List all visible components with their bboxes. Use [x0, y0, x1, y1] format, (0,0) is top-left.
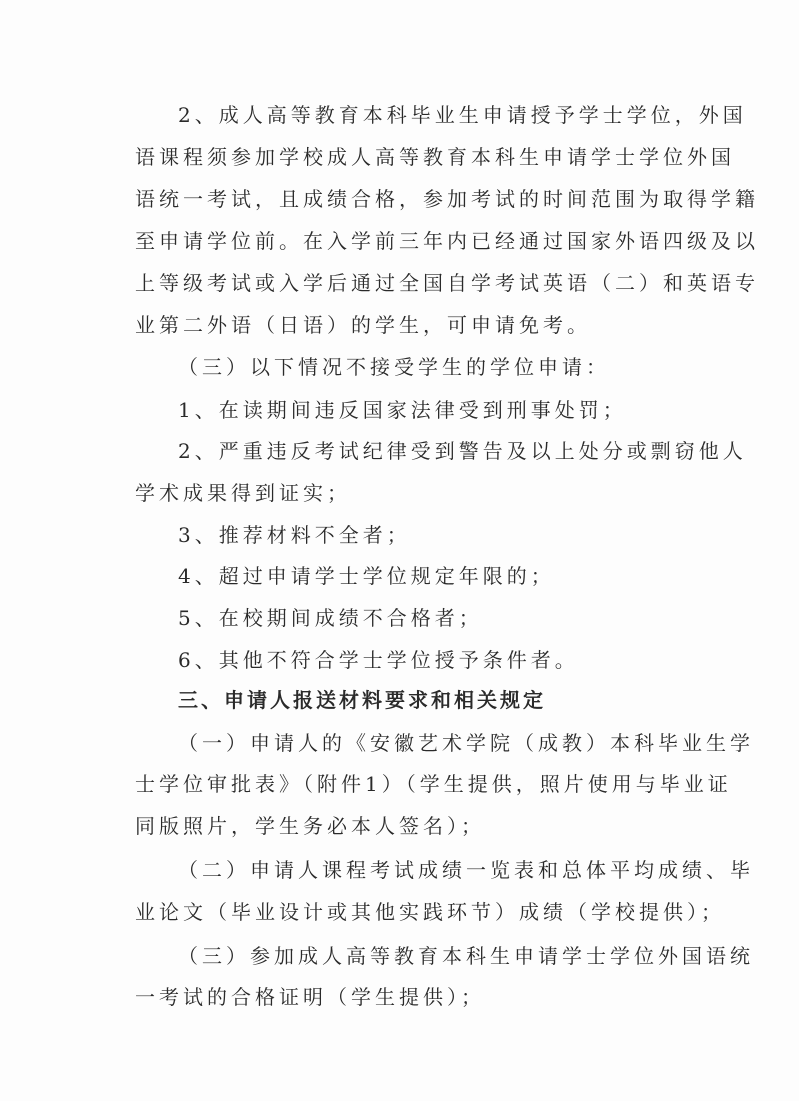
list-item: 4、超过申请学士学位规定年限的； — [178, 562, 718, 590]
section-heading: （三）以下情况不接受学生的学位申请： — [178, 353, 718, 381]
paragraph-line: 语课程须参加学校成人高等教育本科生申请学士学位外国 — [135, 143, 675, 171]
paragraph-line: （三）参加成人高等教育本科生申请学士学位外国语统 — [178, 942, 718, 970]
paragraph-line: 2、成人高等教育本科毕业生申请授予学士学位，外国 — [178, 101, 718, 129]
paragraph-line: 士学位审批表》（附件1）（学生提供，照片使用与毕业证 — [135, 770, 675, 798]
paragraph-line: 业论文（毕业设计或其他实践环节）成绩（学校提供）； — [135, 898, 675, 926]
paragraph-line: 语统一考试，且成绩合格，参加考试的时间范围为取得学籍 — [135, 185, 675, 213]
list-item: 6、其他不符合学士学位授予条件者。 — [178, 646, 718, 674]
paragraph-line: （二）申请人课程考试成绩一览表和总体平均成绩、毕 — [178, 856, 718, 884]
paragraph-line: 一考试的合格证明（学生提供）； — [135, 983, 675, 1011]
list-item: 3、推荐材料不全者； — [178, 521, 718, 549]
list-item: 2、严重违反考试纪律受到警告及以上处分或剽窃他人 — [178, 437, 718, 465]
paragraph-line: 上等级考试或入学后通过全国自学考试英语（二）和英语专 — [135, 269, 675, 297]
list-item-continuation: 学术成果得到证实； — [135, 479, 675, 507]
list-item: 1、在读期间违反国家法律受到刑事处罚； — [178, 396, 718, 424]
paragraph-line: 业第二外语（日语）的学生，可申请免考。 — [135, 311, 675, 339]
list-item: 5、在校期间成绩不合格者； — [178, 604, 718, 632]
paragraph-line: （一）申请人的《安徽艺术学院（成教）本科毕业生学 — [178, 729, 718, 757]
section-title: 三、申请人报送材料要求和相关规定 — [178, 686, 718, 714]
paragraph-line: 同版照片，学生务必本人签名）； — [135, 812, 675, 840]
document-page: 2、成人高等教育本科毕业生申请授予学士学位，外国 语课程须参加学校成人高等教育本… — [0, 0, 799, 1101]
paragraph-line: 至申请学位前。在入学前三年内已经通过国家外语四级及以 — [135, 227, 675, 255]
